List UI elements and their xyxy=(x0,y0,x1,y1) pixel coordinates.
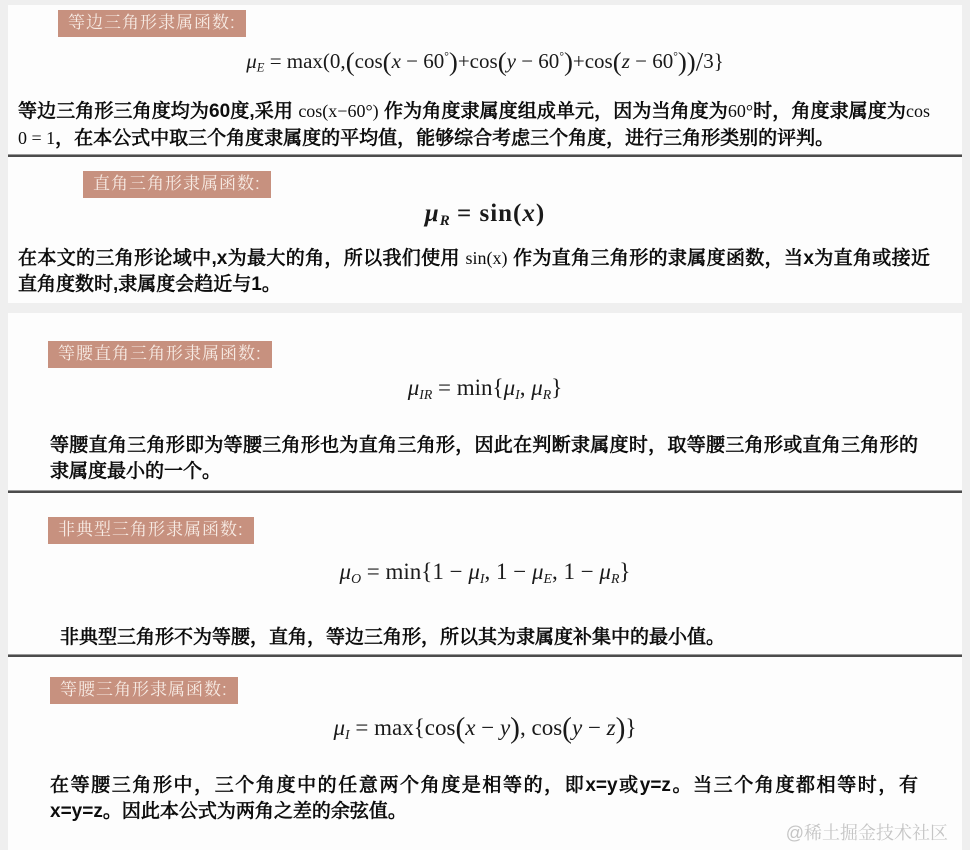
section-label: 直角三角形隶属函数: xyxy=(83,171,271,198)
paragraph: 在等腰三角形中，三个角度中的任意两个角度是相等的，即x=y或y=z。当三个角度都… xyxy=(50,773,918,825)
section-label: 等腰直角三角形隶属函数: xyxy=(48,341,272,368)
section-atypical: 非典型三角形隶属函数: μO = min{1 − μI, 1 − μE, 1 −… xyxy=(8,493,962,654)
paragraph: 等腰直角三角形即为等腰三角形也为直角三角形，因此在判断隶属度时，取等腰三角形或直… xyxy=(50,433,918,485)
watermark-text: @稀土掘金技术社区 xyxy=(786,819,948,845)
section-equilateral: 等边三角形隶属函数: μE = max(0,(cos(x − 60°)+cos(… xyxy=(8,5,962,154)
section-label: 等边三角形隶属函数: xyxy=(58,10,246,37)
paragraph: 等边三角形三角度均为60度,采用 cos(x−60°) 作为角度隶属度组成单元，… xyxy=(18,98,930,152)
document-page: 等边三角形隶属函数: μE = max(0,(cos(x − 60°)+cos(… xyxy=(0,0,970,850)
formula-isosceles: μI = max{cos(x − y), cos(y − z)} xyxy=(8,712,962,751)
section-label: 等腰三角形隶属函数: xyxy=(50,677,238,704)
formula-atypical: μO = min{1 − μI, 1 − μE, 1 − μR} xyxy=(8,556,962,595)
section-label: 非典型三角形隶属函数: xyxy=(48,517,254,544)
paragraph: 非典型三角形不为等腰，直角，等边三角形，所以其为隶属度补集中的最小值。 xyxy=(60,625,918,651)
section-isosceles: 等腰三角形隶属函数: μI = max{cos(x − y), cos(y − … xyxy=(8,657,962,850)
section-right: 直角三角形隶属函数: μR = sin(x) 在本文的三角形论域中,x为最大的角… xyxy=(8,157,962,303)
formula-isosceles-right: μIR = min{μI, μR} xyxy=(8,372,962,411)
section-gap xyxy=(8,303,962,313)
section-isosceles-right: 等腰直角三角形隶属函数: μIR = min{μI, μR} 等腰直角三角形即为… xyxy=(8,313,962,490)
formula-equilateral: μE = max(0,(cos(x − 60°)+cos(y − 60°)+co… xyxy=(8,41,962,84)
paragraph: 在本文的三角形论域中,x为最大的角，所以我们使用 sin(x) 作为直角三角形的… xyxy=(18,245,930,298)
formula-right: μR = sin(x) xyxy=(8,198,962,237)
